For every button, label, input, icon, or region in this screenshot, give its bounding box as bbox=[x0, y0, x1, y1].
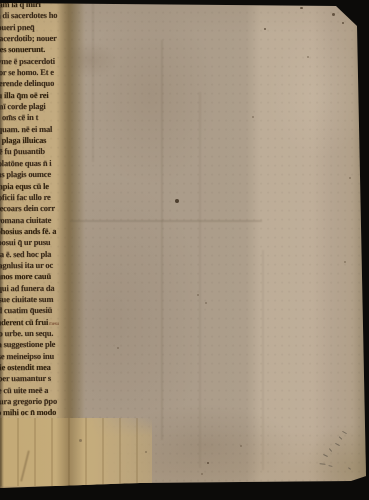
stain-speck bbox=[332, 13, 335, 16]
vertical-crease bbox=[262, 250, 264, 470]
vertical-crease bbox=[199, 92, 201, 468]
vertical-crease bbox=[161, 40, 163, 440]
horizontal-crease bbox=[70, 220, 262, 222]
stain-speck bbox=[201, 473, 203, 475]
stain-speck bbox=[197, 294, 199, 296]
stain-speck bbox=[205, 302, 207, 304]
photo-backdrop: cam la q̄ mirin di sacerdotes hopueri pn… bbox=[0, 0, 369, 500]
stain-speck bbox=[145, 451, 147, 453]
page-edge-shadow bbox=[0, 0, 4, 492]
pencil-scribble bbox=[318, 427, 362, 475]
stain-speck bbox=[307, 56, 309, 58]
stain-speck bbox=[175, 199, 179, 203]
stain-speck bbox=[240, 445, 242, 447]
stain-speck bbox=[344, 261, 346, 263]
stain-speck bbox=[79, 439, 82, 442]
stain-speck bbox=[207, 462, 209, 464]
fold-shadow bbox=[56, 0, 84, 492]
stain-speck bbox=[252, 116, 254, 118]
manuscript-page: cam la q̄ mirin di sacerdotes hopueri pn… bbox=[0, 0, 369, 500]
stain-speck bbox=[342, 22, 344, 24]
stain-speck bbox=[349, 177, 351, 179]
stain-speck bbox=[117, 347, 119, 349]
stain-speck bbox=[264, 28, 266, 30]
vertical-crease bbox=[92, 2, 94, 162]
stain-speck bbox=[300, 7, 303, 9]
